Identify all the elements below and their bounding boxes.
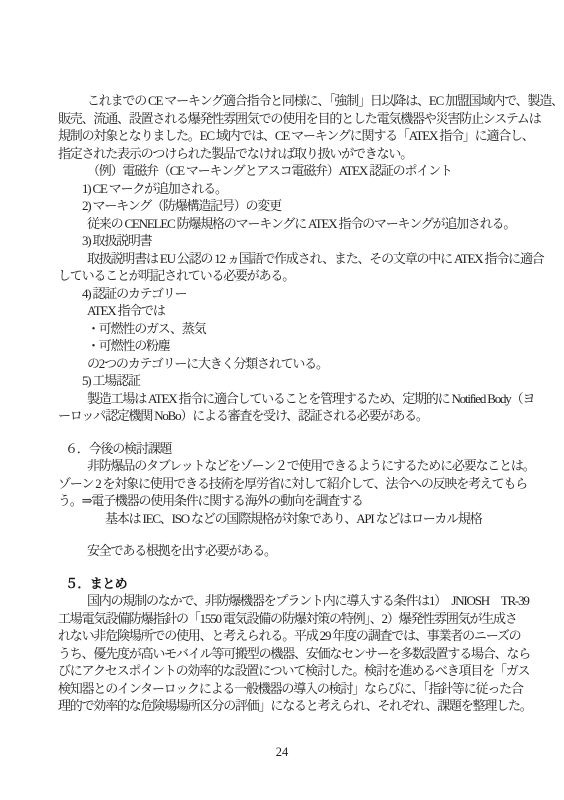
text-line: していることが明記されている必要がある。	[58, 267, 518, 285]
text-line: 販売、流通、設置される爆発性雰囲気での使用を目的とした電気機器や災害防止システム…	[58, 110, 518, 128]
text-line: 4) 認証のカテゴリー	[82, 285, 518, 303]
section-heading: ５．まとめ	[65, 575, 518, 593]
text-line: 製造工場は ATEX 指令に適合していることを管理するため、定期的に Notif…	[87, 390, 518, 408]
text-line: 安全である根拠を出す必要がある。	[87, 542, 518, 560]
text-line: 1) CE マークが追加される。	[82, 180, 518, 198]
text-line: 非防爆品のタブレットなどをゾーン２で使用できるようにするために必要なことは。	[87, 457, 518, 475]
text-line: （例）電磁弁（CE マーキングとアスコ電磁弁）ATEX 認証のポイント	[87, 162, 518, 180]
text-line: 検知器とのインターロックによる一般機器の導入の検討」ならびに、「指針等に従った合	[58, 680, 518, 698]
section-heading: ６．今後の検討課題	[65, 440, 518, 458]
document-page: これまでの CE マーキング適合指令と同様に、「強制」日以降は、EC 加盟国域内…	[0, 0, 564, 800]
text-line: 規制の対象となりました。EC 域内では、CE マーキングに関する「ATEX 指令…	[58, 127, 518, 145]
text-line: の2つのカテゴリーに大きく分類されている。	[87, 355, 518, 373]
blank-line	[58, 425, 518, 440]
text-line: 国内の規制のなかで、非防爆機器をプラント内に導入する条件は1） JNIOSH T…	[87, 592, 518, 610]
text-line: 2) マーキング（防爆構造記号）の変更	[82, 197, 518, 215]
blank-line	[58, 560, 518, 575]
text-line: 工場電気設備防爆指針の「1550 電気設備の防爆対策の特例」、2）爆発性雰囲気が…	[58, 610, 518, 628]
text-line: 指定された表示のつけられた製品でなければ取り扱いができない。	[58, 145, 518, 163]
text-line: びにアクセスポイントの効率的な設置について検討した。検討を進めるべき項目を「ガス	[58, 662, 518, 680]
text-line: う。⇒電子機器の使用条件に関する海外の動向を調査する	[58, 492, 518, 510]
text-line: ・可燃性の粉塵	[87, 337, 518, 355]
text-line: れない非危険場所での使用、と考えられる。平成 29 年度の調査では、事業者のニー…	[58, 627, 518, 645]
text-line: ・可燃性のガス、蒸気	[87, 320, 518, 338]
text-line: 理的で効率的な危険場場所区分の評価」になると考えられ、それぞれ、課題を整理した。	[58, 697, 518, 715]
text-line: これまでの CE マーキング適合指令と同様に、「強制」日以降は、EC 加盟国域内…	[87, 92, 518, 110]
text-line: うち、優先度が高いモバイル等可搬型の機器、安価なセンサーを多数設置する場合、なら	[58, 645, 518, 663]
text-line: 3) 取扱説明書	[82, 232, 518, 250]
text-line: ゾーン 2 を対象に使用できる技術を厚労省に対して紹介して、法令への反映を考えて…	[58, 475, 518, 493]
document-body: これまでの CE マーキング適合指令と同様に、「強制」日以降は、EC 加盟国域内…	[58, 92, 518, 715]
text-line: 取扱説明書は EU 公認の 12 ヵ国語で作成され、また、その文章の中に ATE…	[87, 250, 518, 268]
blank-line	[58, 527, 518, 542]
text-line: 従来の CENELEC 防爆規格のマーキングに ATEX 指令のマーキングが追加…	[87, 215, 518, 233]
text-line: ーロッパ認定機関 NoBo）による審査を受け、認証される必要がある。	[58, 407, 518, 425]
text-line: ATEX 指令では	[87, 302, 518, 320]
text-line: 基本は IEC、ISO などの国際規格が対象であり、API などはローカル規格	[105, 510, 518, 528]
text-line: 5) 工場認証	[82, 372, 518, 390]
page-number: 24	[0, 744, 564, 760]
